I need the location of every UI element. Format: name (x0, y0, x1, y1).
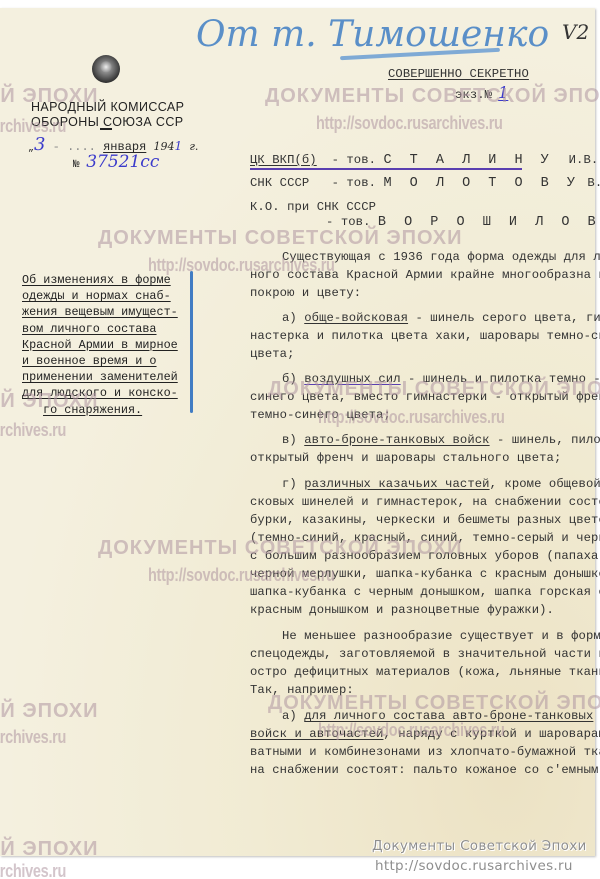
document-number-value: 37521сс (86, 152, 159, 172)
item-a2-line-4: на снабжении состоят: пальто кожаное со … (250, 760, 598, 780)
watermark-url: http://sovdoc.rusarchives.ru (148, 566, 335, 586)
item-v-line-2: открытый френч и шаровары стального цвет… (250, 448, 561, 468)
item-g-line-3: бурки, казакины, черкески и бешметы разн… (250, 510, 600, 530)
addressee-violet-underline (250, 168, 522, 170)
watermark-title: ДОКУМЕНТЫ СОВЕТСКОЙ ЭПОХИ (268, 378, 600, 401)
item-g-line-1: г) различных казачьих частей, кроме обще… (282, 474, 600, 494)
watermark-url: archives.ru (0, 421, 66, 441)
blue-pencil-margin-mark (190, 271, 193, 413)
item-g-line-2: сковых шинелей и гимнастерок, на снабжен… (250, 492, 600, 512)
watermark-title: ТСКОЙ ЭПОХИ (0, 85, 98, 108)
para2-line-2: спецодежды, заготовляемой в значительной… (250, 644, 600, 664)
letterhead-divider (100, 128, 112, 130)
watermark-url: http://sovdoc.rusarchives.ru (148, 256, 335, 276)
ussr-emblem-icon (92, 55, 120, 83)
watermark-url: archives.ru (0, 862, 66, 879)
item-a-line-1: а) обще-войсковая - шинель серого цвета,… (282, 308, 600, 328)
para2-line-3: остро дефицитных материалов (кожа, льнян… (250, 662, 600, 682)
item-g-line-8: красным донышком и разноцветные фуражки)… (250, 600, 554, 620)
secrecy-stamp: СОВЕРШЕННО СЕКРЕТНО (388, 64, 529, 84)
watermark-url: http://sovdoc.rusarchives.ru (318, 721, 505, 741)
watermark-url: archives.ru (0, 117, 66, 137)
watermark-url: http://sovdoc.rusarchives.ru (316, 114, 503, 134)
watermark-title: ДОКУМЕНТЫ СОВЕТСКОЙ ЭПОХИ (98, 537, 463, 560)
page-mark: V2 (562, 20, 589, 44)
watermark-title: ТСКОЙ ЭПОХИ (0, 390, 98, 413)
watermark-title: ТСКОЙ ЭПОХИ (0, 700, 98, 723)
item-a-line-3: цвета; (250, 344, 294, 364)
date-day: 3 (34, 134, 45, 155)
footer-watermark-url: http://sovdoc.rusarchives.ru (375, 858, 573, 874)
para2-line-1: Не меньшее разнообразие существует и в ф… (282, 626, 600, 646)
watermark-title: ДОКУМЕНТЫ СОВЕТСКОЙ ЭПОХИ (98, 227, 463, 250)
footer-watermark-title: Документы Советской Эпохи (372, 838, 587, 854)
watermark-url: http://sovdoc.rusarchives.ru (318, 408, 505, 428)
watermark-url: archives.ru (0, 728, 66, 748)
watermark-title: ДОКУМЕНТЫ СОВЕТСКОЙ ЭПОХИ (268, 692, 600, 715)
item-a2-line-3: ватными и комбинезонами из хлопчато-бума… (250, 742, 600, 762)
watermark-title: ДОКУМЕНТЫ СОВЕТСКОЙ ЭПОХИ (265, 85, 600, 108)
item-v-line-1: в) авто-броне-танковых войск - шинель, п… (282, 430, 600, 450)
watermark-title: ТСКОЙ ЭПОХИ (0, 838, 98, 861)
document-number: № 37521сс (73, 152, 159, 172)
item-a-line-2: настерка и пилотка цвета хаки, шаровары … (250, 326, 600, 346)
intro-line-3: покрою и цвету: (250, 283, 361, 303)
addressee-molotov: СНК СССР - тов. М О Л О Т О В У В.М. (250, 173, 600, 194)
